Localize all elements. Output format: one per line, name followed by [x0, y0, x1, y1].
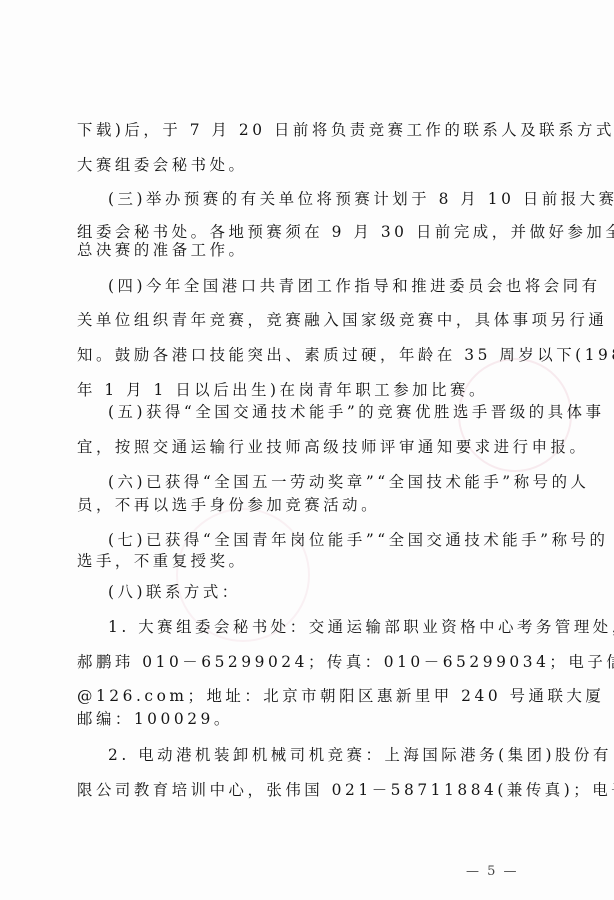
body-text-line: 关单位组织青年竞赛，竞赛融入国家级竞赛中，具体事项另行通	[77, 310, 547, 330]
body-text-line: 大赛组委会秘书处。	[77, 155, 547, 175]
body-text-line: 总决赛的准备工作。	[77, 240, 547, 260]
body-text-line: 年 1 月 1 日以后出生)在岗青年职工参加比赛。	[77, 380, 547, 400]
paragraph-3-start: (三)举办预赛的有关单位将预赛计划于 8 月 10 日前报大赛	[108, 189, 548, 209]
paragraph-5-start: (五)获得“全国交通技术能手”的竞赛优胜选手晋级的具体事	[108, 402, 548, 422]
body-text-line: 限公司教育培训中心，张伟国 021－58711884(兼传真)；电子信	[77, 780, 547, 800]
body-text-line: 组委会秘书处。各地预赛须在 9 月 30 日前完成，并做好参加全国	[77, 222, 547, 242]
body-text-line: 邮编：100029。	[77, 709, 547, 729]
body-text-line: 郝鹏玮 010－65299024；传真：010－65299034；电子信箱：ka…	[77, 652, 547, 672]
paragraph-6-start: (六)已获得“全国五一劳动奖章”“全国技术能手”称号的人	[108, 472, 548, 492]
page-number: — 5 —	[466, 864, 519, 879]
paragraph-7-start: (七)已获得“全国青年岗位能手”“全国交通技术能手”称号的	[108, 530, 548, 550]
paragraph-8-heading: (八)联系方式：	[108, 582, 548, 602]
document-page: 下载)后，于 7 月 20 日前将负责竞赛工作的联系人及联系方式报 大赛组委会秘…	[0, 0, 614, 900]
body-text-line: 知。鼓励各港口技能突出、素质过硬，年龄在 35 周岁以下(1982	[77, 345, 547, 365]
body-text-line: @126.com；地址：北京市朝阳区惠新里甲 240 号通联大厦 5 层；	[77, 686, 547, 706]
body-text-line: 下载)后，于 7 月 20 日前将负责竞赛工作的联系人及联系方式报	[77, 120, 547, 140]
paragraph-4-start: (四)今年全国港口共青团工作指导和推进委员会也将会同有	[108, 276, 548, 296]
body-text-line: 员，不再以选手身份参加竞赛活动。	[77, 495, 547, 515]
contact-item-2-start: 2. 电动港机装卸机械司机竞赛：上海国际港务(集团)股份有	[108, 745, 548, 765]
contact-item-1-start: 1. 大赛组委会秘书处：交通运输部职业资格中心考务管理处，	[108, 617, 548, 637]
body-text-line: 宜，按照交通运输行业技师高级技师评审通知要求进行申报。	[77, 437, 547, 457]
body-text-line: 选手，不重复授奖。	[77, 551, 547, 571]
